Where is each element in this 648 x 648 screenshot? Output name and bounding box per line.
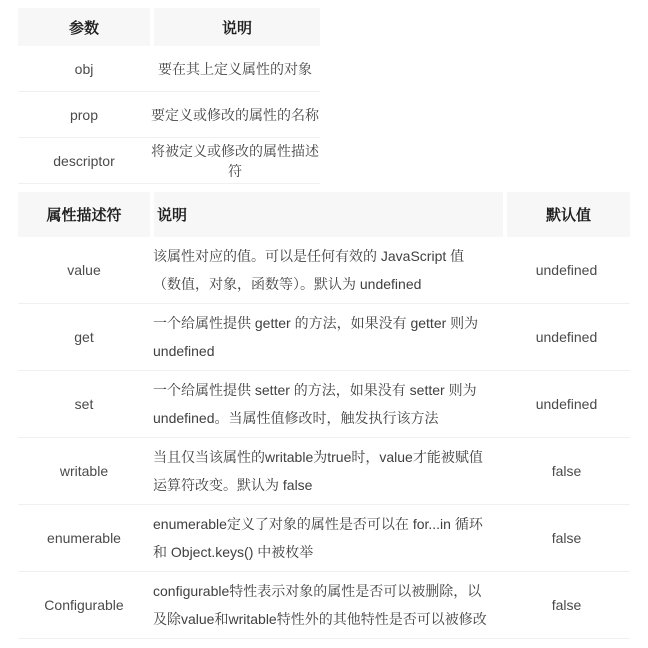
documentation-page: 参数 说明 obj 要在其上定义属性的对象 prop 要定义或修改的属性的名称 … — [0, 0, 648, 639]
descriptor-desc-cell: 当且仅当该属性的writable为true时，value才能被赋值运算符改变。默… — [150, 438, 503, 505]
descriptor-default-cell: undefined — [503, 371, 630, 438]
descriptor-name-cell: enumerable — [18, 505, 150, 572]
descriptor-name-cell: set — [18, 371, 150, 438]
params-header-desc: 说明 — [150, 8, 320, 46]
descriptor-table-row: Configurable configurable特性表示对象的属性是否可以被删… — [18, 572, 630, 639]
params-table-row: obj 要在其上定义属性的对象 — [18, 46, 320, 92]
descriptor-table-header-row: 属性描述符 说明 默认值 — [18, 192, 630, 237]
descriptor-header-desc: 说明 — [150, 192, 503, 237]
descriptor-default-cell: undefined — [503, 237, 630, 304]
descriptor-desc-cell: 一个给属性提供 setter 的方法，如果没有 setter 则为 undefi… — [150, 371, 503, 438]
descriptor-table-row: value 该属性对应的值。可以是任何有效的 JavaScript 值（数值，对… — [18, 237, 630, 304]
descriptor-table-row: writable 当且仅当该属性的writable为true时，value才能被… — [18, 438, 630, 505]
descriptor-default-cell: undefined — [503, 304, 630, 371]
descriptor-name-cell: writable — [18, 438, 150, 505]
param-name-cell: prop — [18, 92, 150, 138]
params-table-row: prop 要定义或修改的属性的名称 — [18, 92, 320, 138]
descriptor-desc-cell: configurable特性表示对象的属性是否可以被删除，以及除value和wr… — [150, 572, 503, 639]
descriptor-header-name: 属性描述符 — [18, 192, 150, 237]
descriptor-desc-cell: enumerable定义了对象的属性是否可以在 for...in 循环和 Obj… — [150, 505, 503, 572]
params-table: 参数 说明 obj 要在其上定义属性的对象 prop 要定义或修改的属性的名称 … — [18, 8, 320, 184]
descriptor-table-row: set 一个给属性提供 setter 的方法，如果没有 setter 则为 un… — [18, 371, 630, 438]
descriptor-default-cell: false — [503, 572, 630, 639]
param-desc-cell: 将被定义或修改的属性描述符 — [150, 138, 320, 184]
param-desc-cell: 要定义或修改的属性的名称 — [150, 92, 320, 138]
descriptor-default-cell: false — [503, 438, 630, 505]
descriptor-table-row: enumerable enumerable定义了对象的属性是否可以在 for..… — [18, 505, 630, 572]
descriptor-default-cell: false — [503, 505, 630, 572]
descriptor-desc-cell: 该属性对应的值。可以是任何有效的 JavaScript 值（数值，对象，函数等）… — [150, 237, 503, 304]
descriptor-name-cell: value — [18, 237, 150, 304]
descriptor-table-row: get 一个给属性提供 getter 的方法，如果没有 getter 则为 un… — [18, 304, 630, 371]
descriptor-desc-cell: 一个给属性提供 getter 的方法，如果没有 getter 则为 undefi… — [150, 304, 503, 371]
param-name-cell: obj — [18, 46, 150, 92]
params-header-param: 参数 — [18, 8, 150, 46]
param-name-cell: descriptor — [18, 138, 150, 184]
descriptor-name-cell: get — [18, 304, 150, 371]
params-table-row: descriptor 将被定义或修改的属性描述符 — [18, 138, 320, 184]
params-table-header-row: 参数 说明 — [18, 8, 320, 46]
descriptor-table: 属性描述符 说明 默认值 value 该属性对应的值。可以是任何有效的 Java… — [18, 192, 630, 639]
param-desc-cell: 要在其上定义属性的对象 — [150, 46, 320, 92]
descriptor-name-cell: Configurable — [18, 572, 150, 639]
descriptor-header-default: 默认值 — [503, 192, 630, 237]
